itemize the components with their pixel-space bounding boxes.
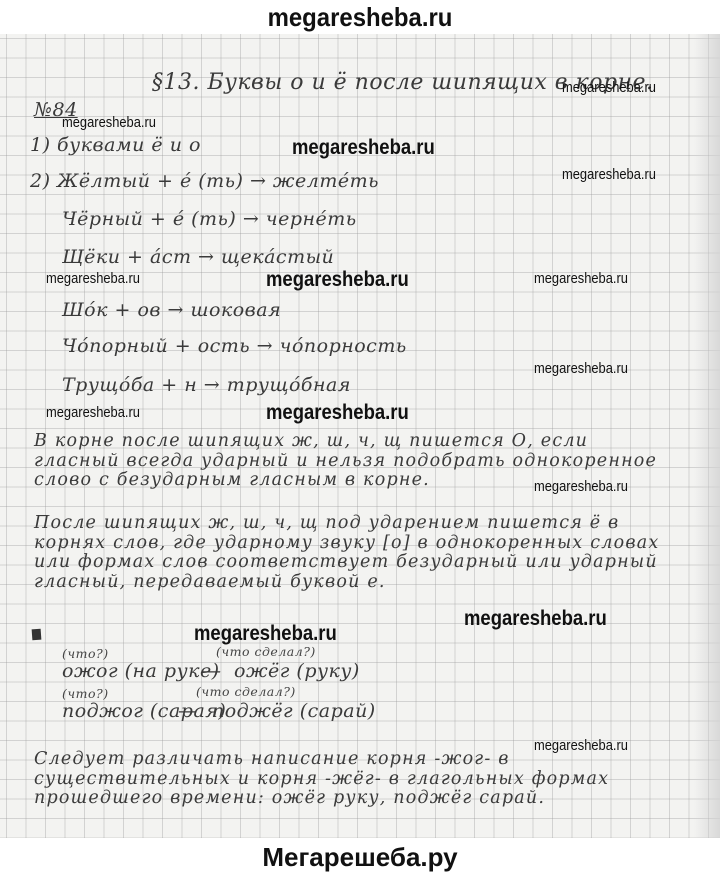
example-noun: поджог (сарая) — [62, 700, 226, 722]
derivation-line: Чёрный + е́ (ть) → черне́ть — [62, 208, 357, 230]
rule-paragraph-2: После шипящих ж, ш, ч, щ под ударением п… — [34, 514, 674, 592]
question-label: (что?) — [62, 686, 109, 701]
watermark: megaresheba.ru — [562, 166, 656, 183]
example-dash: — — [202, 660, 222, 682]
question-label: (что сделал?) — [216, 644, 316, 659]
derivation-line: Чо́порный + ость → чо́порность — [62, 335, 407, 357]
watermark: megaresheba.ru — [46, 270, 140, 287]
example-noun: ожог (на руке) — [62, 660, 220, 682]
site-banner-top: megaresheba.ru — [29, 0, 691, 36]
watermark: megaresheba.ru — [534, 478, 628, 495]
watermark-bold: megaresheba.ru — [464, 607, 607, 631]
watermark: megaresheba.ru — [534, 360, 628, 377]
question-label: (что сделал?) — [196, 684, 296, 699]
example-dash: — — [178, 700, 198, 722]
rule-paragraph-3: Следует различать написание корня -жог- … — [34, 750, 674, 809]
derivation-line: Шо́к + ов → шоковая — [62, 299, 281, 321]
watermark-bold: megaresheba.ru — [266, 401, 409, 425]
site-banner-bottom: Мегарешеба.ру — [0, 838, 720, 878]
answer-item-1: 1) буквами ё и о — [30, 134, 201, 156]
watermark: megaresheba.ru — [534, 737, 628, 754]
margin-marker — [32, 629, 42, 641]
example-verb: ожёг (руку) — [234, 660, 360, 682]
derivation-line: Трущо́ба + н → трущо́бная — [62, 374, 351, 396]
derivation-line: Щёки + а́ст → щека́стый — [62, 246, 334, 268]
example-verb: поджёг (сарай) — [212, 700, 376, 722]
answer-item-2: 2) Жёлтый + е́ (ть) → желте́ть — [30, 170, 379, 192]
watermark: megaresheba.ru — [562, 79, 656, 96]
watermark-bold: megaresheba.ru — [292, 136, 435, 160]
watermark-bold: megaresheba.ru — [266, 268, 409, 292]
watermark: megaresheba.ru — [534, 270, 628, 287]
watermark-bold: megaresheba.ru — [194, 622, 337, 646]
watermark: megaresheba.ru — [46, 404, 140, 421]
question-label: (что?) — [62, 646, 109, 661]
watermark: megaresheba.ru — [62, 114, 156, 131]
